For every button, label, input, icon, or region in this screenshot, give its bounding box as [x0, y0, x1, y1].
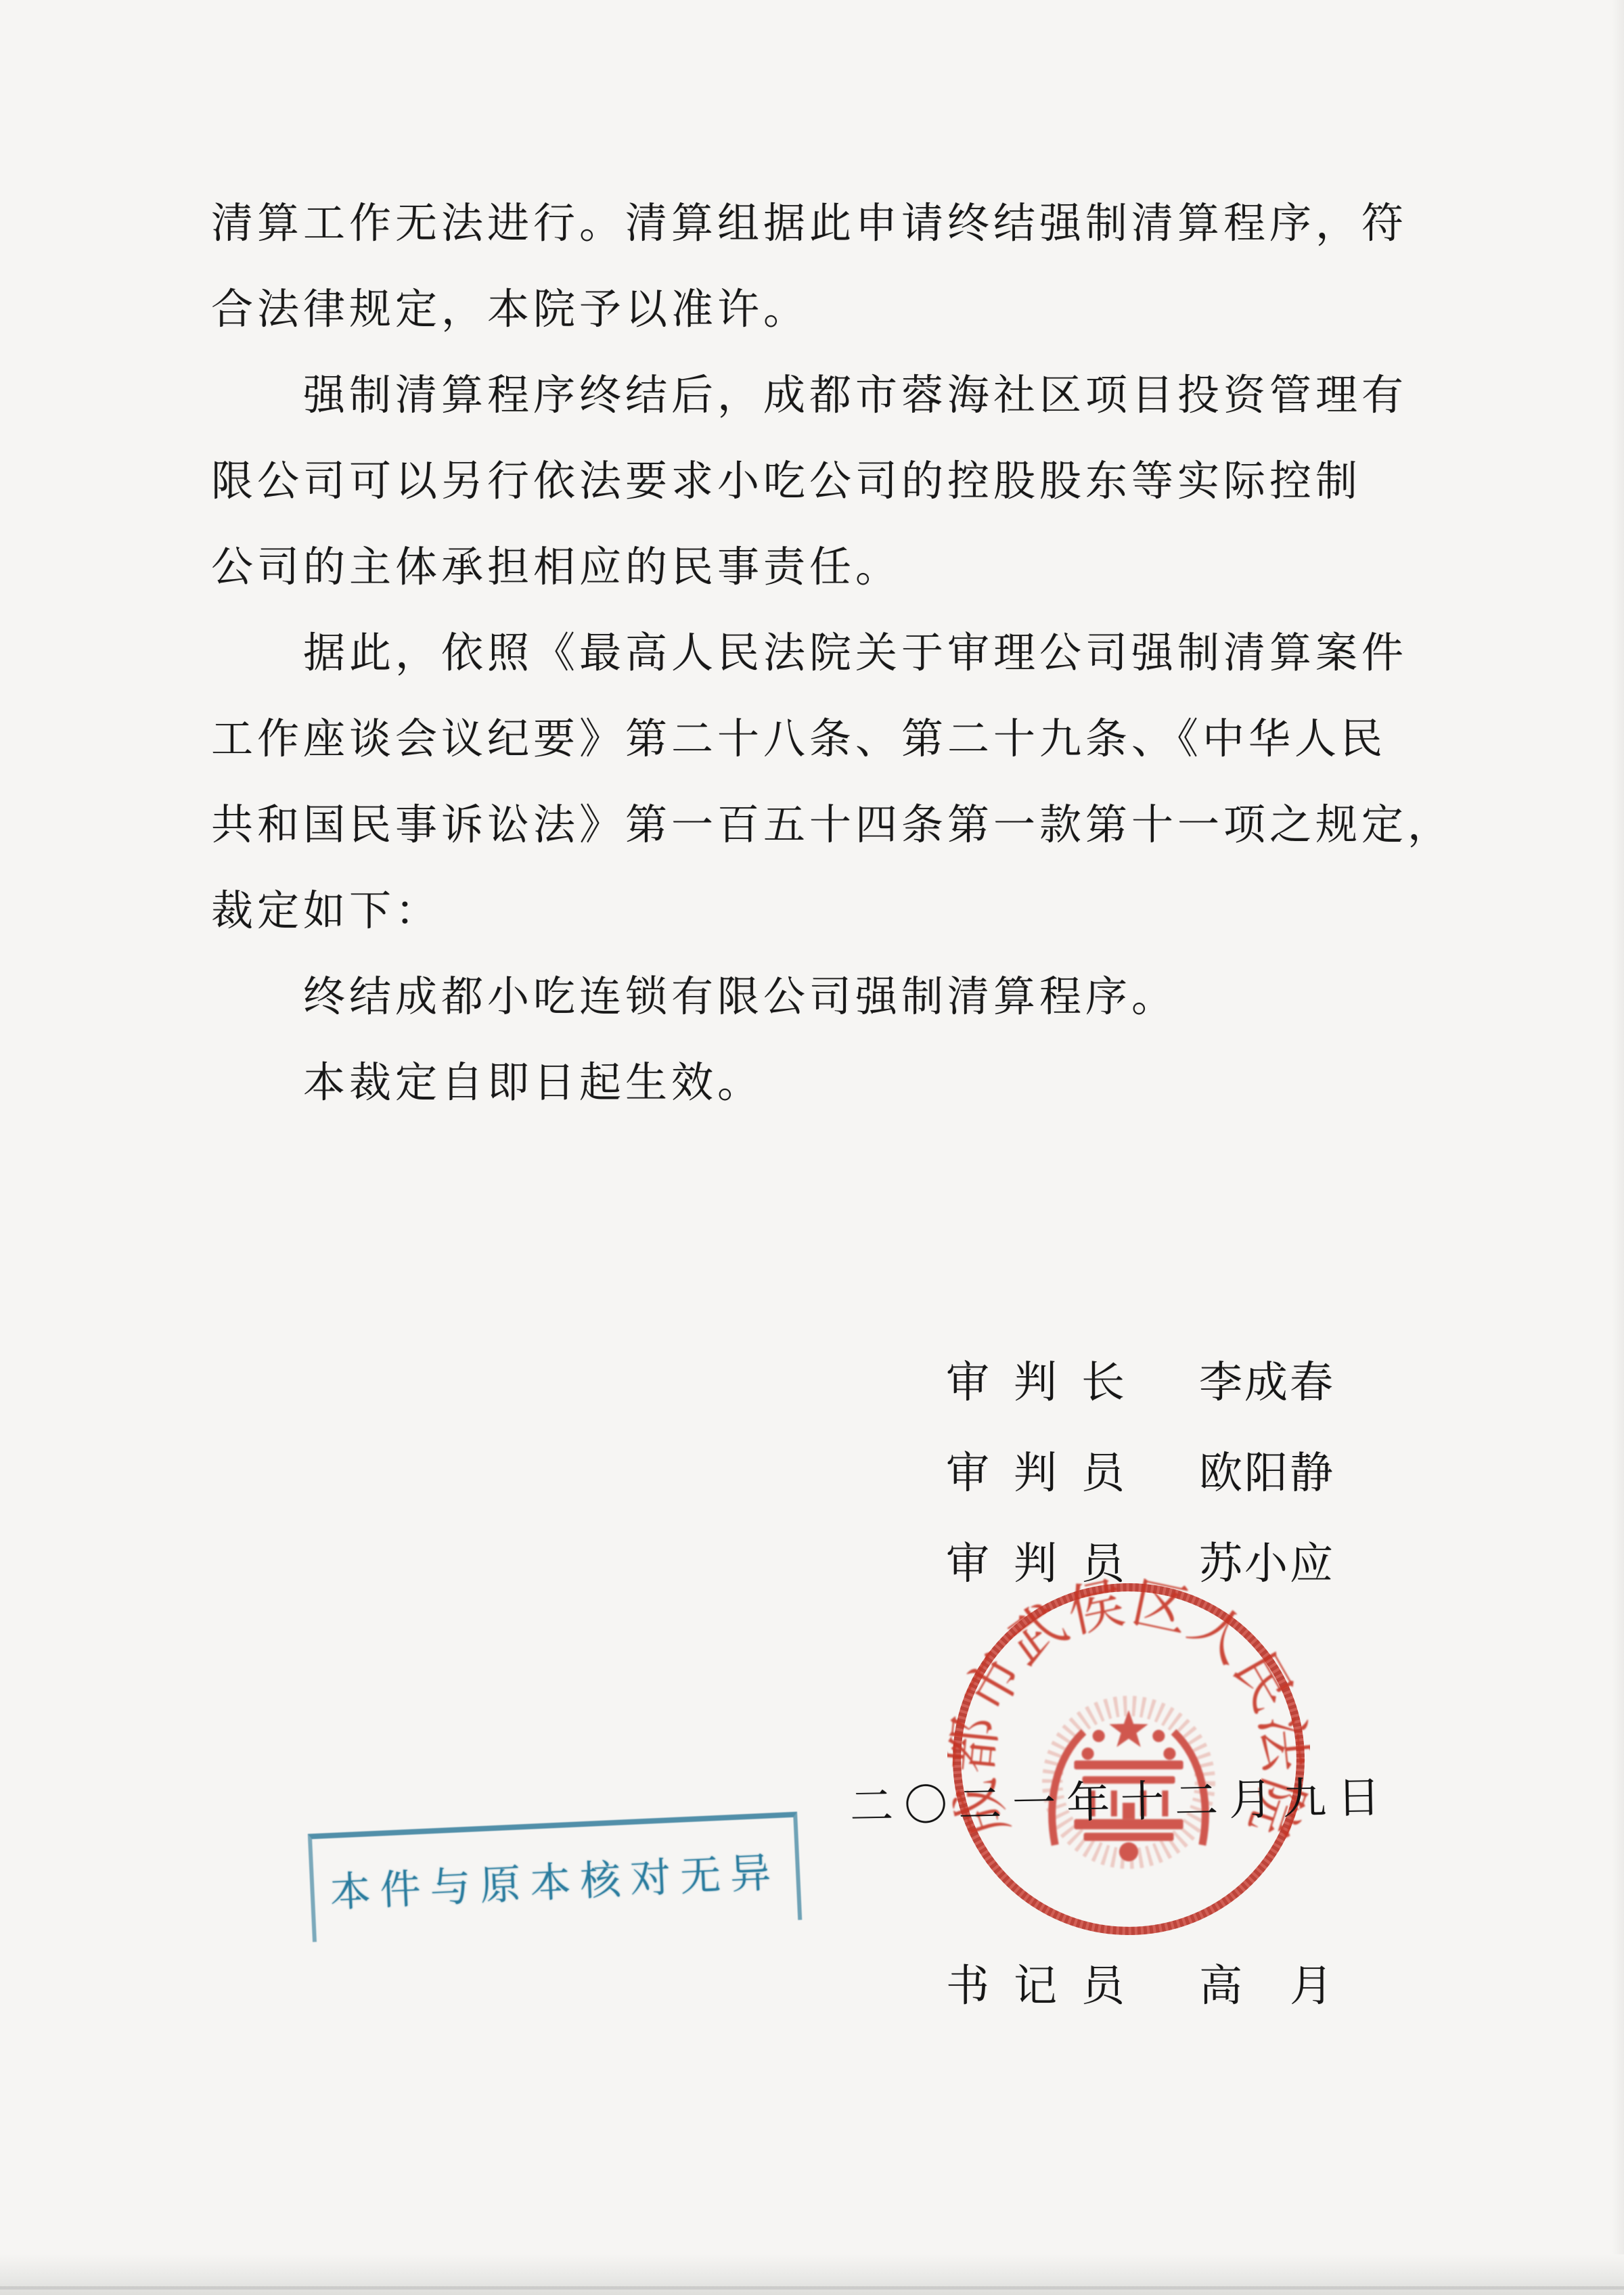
court-seal: 成都市武侯区人民法院	[947, 1578, 1310, 1940]
body-line: 合法律规定，本院予以准许。	[211, 267, 1463, 353]
judge-row: 审判员 欧阳静	[946, 1438, 1335, 1529]
verification-stamp-text: 本件与原本核对无异	[329, 1840, 782, 1919]
scan-edge-shading	[1612, 0, 1624, 2295]
body-line: 强制清算程序终结后，成都市蓉海社区项目投资管理有	[211, 353, 1463, 439]
body-line: 公司的主体承担相应的民事责任。	[211, 525, 1463, 611]
body-line: 裁定如下：	[211, 869, 1463, 955]
judge-name: 李成春	[1199, 1348, 1335, 1410]
body-line: 限公司可以另行依法要求小吃公司的控股股东等实际控制	[211, 439, 1463, 525]
body-line: 共和国民事诉讼法》第一百五十四条第一款第十一项之规定，	[211, 783, 1463, 869]
judge-role-label: 审判员	[946, 1438, 1149, 1501]
clerk-role-label: 书记员	[946, 1951, 1149, 2014]
judge-name: 欧阳静	[1199, 1438, 1335, 1501]
court-seal-graphic: 成都市武侯区人民法院	[947, 1578, 1310, 1940]
clerk-row: 书记员 高 月	[946, 1951, 1335, 2014]
presiding-judge-row: 审判长 李成春	[946, 1348, 1335, 1438]
body-line: 终结成都小吃连锁有限公司强制清算程序。	[211, 955, 1463, 1041]
verification-stamp: 本件与原本核对无异	[308, 1812, 803, 1942]
judge-role-label: 审判长	[946, 1348, 1149, 1410]
body-line: 清算工作无法进行。清算组据此申请终结强制清算程序，符	[211, 181, 1463, 267]
body-line: 据此，依照《最高人民法院关于审理公司强制清算案件	[211, 611, 1463, 697]
body-line: 本裁定自即日起生效。	[211, 1041, 1463, 1127]
ruling-body-text: 清算工作无法进行。清算组据此申请终结强制清算程序，符 合法律规定，本院予以准许。…	[211, 181, 1463, 1127]
document-page: 清算工作无法进行。清算组据此申请终结强制清算程序，符 合法律规定，本院予以准许。…	[0, 0, 1624, 2295]
clerk-name: 高 月	[1199, 1951, 1335, 2014]
scan-bottom-line	[0, 2286, 1624, 2290]
ruling-date: 二〇二一年十二月九日	[849, 1763, 1391, 1834]
body-line: 工作座谈会议纪要》第二十八条、第二十九条、《中华人民	[211, 697, 1463, 783]
